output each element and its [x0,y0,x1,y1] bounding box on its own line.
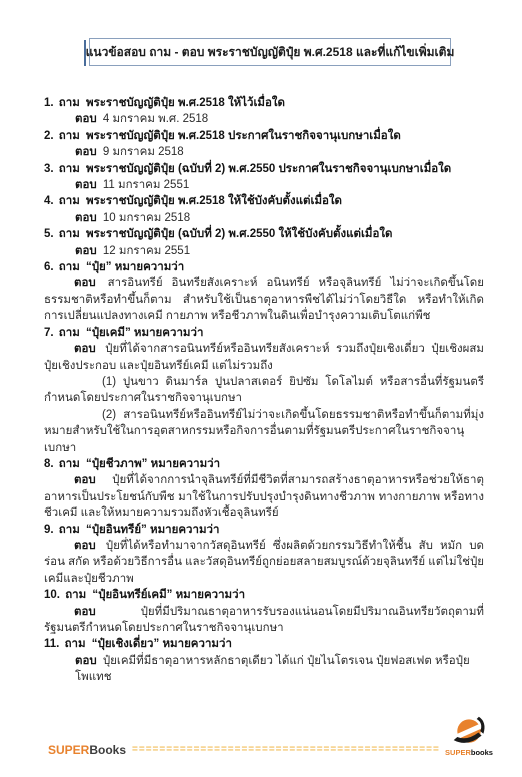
question-number: 5. [44,228,57,240]
answer-label: ตอบ [74,343,102,355]
question-label: ถาม [59,327,83,339]
qa-item: 11. ถาม “ปุ๋ยเชิงเดี่ยว” หมายความว่า ตอบ… [44,636,484,685]
question-text: “ปุ๋ยอินทรีย์” หมายความว่า [86,524,219,536]
question-text: “ปุ๋ยชีวภาพ” หมายความว่า [86,458,220,470]
answer-text: 4 มกราคม พ.ศ. 2518 [103,113,208,125]
qa-item: 10. ถาม “ปุ๋ยอินทรีย์เคมี” หมายความว่า ต… [44,587,484,636]
question-line: 7. ถาม “ปุ๋ยเคมี” หมายความว่า [44,325,484,341]
question-label: ถาม [59,97,83,109]
answer-text: 9 มกราคม 2518 [103,146,184,158]
answer-label: ตอบ [74,540,103,552]
question-label: ถาม [59,261,83,273]
answer-text: 11 มกราคม 2551 [103,179,189,191]
qa-item: 2. ถาม พระราชบัญญัติปุ๋ย พ.ศ.2518 ประกาศ… [44,128,484,161]
qa-item: 1. ถาม พระราชบัญญัติปุ๋ย พ.ศ.2518 ให้ไว้… [44,95,484,128]
title-box: แนวข้อสอบ ถาม - ตอบ พระราชบัญญัติปุ๋ย พ.… [89,38,451,66]
question-number: 3. [44,163,57,175]
question-text: พระราชบัญญัติปุ๋ย พ.ศ.2518 ประกาศในราชกิ… [86,130,401,142]
qa-item: 8. ถาม “ปุ๋ยชีวภาพ” หมายความว่า ตอบ ปุ๋ย… [44,456,484,522]
logo-text-super: SUPER [445,748,471,757]
answer-text: (2) สารอนินทรีย์หรืออินทรีย์ไม่ว่าจะเกิด… [44,409,484,454]
question-line: 4. ถาม พระราชบัญญัติปุ๋ย พ.ศ.2518 ให้ใช้… [44,193,484,209]
answer-label: ตอบ [75,179,100,191]
answer-text: ปุ๋ยเคมีที่มีธาตุอาหารหลักธาตุเดียว ได้แ… [75,655,470,683]
question-line: 11. ถาม “ปุ๋ยเชิงเดี่ยว” หมายความว่า [44,636,484,652]
answer-line: ตอบ 10 มกราคม 2518 [44,210,484,226]
question-line: 1. ถาม พระราชบัญญัติปุ๋ย พ.ศ.2518 ให้ไว้… [44,95,484,111]
question-text: “ปุ๋ย” หมายความว่า [86,261,184,273]
footer-brand: SUPERBooks [48,743,126,757]
answer-label: ตอบ [74,474,109,486]
question-label: ถาม [65,589,89,601]
question-number: 10. [44,589,63,601]
page-title: แนวข้อสอบ ถาม - ตอบ พระราชบัญญัติปุ๋ย พ.… [86,43,455,62]
question-text: “ปุ๋ยเคมี” หมายความว่า [86,327,203,339]
answer-label: ตอบ [75,212,100,224]
qa-item: 6. ถาม “ปุ๋ย” หมายความว่า ตอบ สารอินทรีย… [44,259,484,325]
question-number: 2. [44,130,57,142]
question-line: 2. ถาม พระราชบัญญัติปุ๋ย พ.ศ.2518 ประกาศ… [44,128,484,144]
question-label: ถาม [59,458,83,470]
question-number: 6. [44,261,57,273]
superbooks-logo-text: SUPERbooks [445,748,493,757]
superbooks-logo-icon [449,714,489,750]
answer-subitem: (2) สารอนินทรีย์หรืออินทรีย์ไม่ว่าจะเกิด… [44,407,484,456]
question-line: 6. ถาม “ปุ๋ย” หมายความว่า [44,259,484,275]
logo-text-books: books [471,748,493,757]
answer-paragraph: ตอบ ปุ๋ยที่ได้จากการนำจุลินทรีย์ที่มีชีว… [44,472,484,521]
question-label: ถาม [59,195,83,207]
answer-text: 10 มกราคม 2518 [103,212,190,224]
question-label: ถาม [59,524,83,536]
question-number: 8. [44,458,57,470]
answer-label: ตอบ [74,606,138,618]
answer-paragraph: ตอบ ปุ๋ยที่มีปริมาณธาตุอาหารรับรองแน่นอน… [44,604,484,637]
qa-item: 7. ถาม “ปุ๋ยเคมี” หมายความว่า ตอบ ปุ๋ยที… [44,325,484,456]
question-label: ถาม [59,130,83,142]
qa-item: 5. ถาม พระราชบัญญัติปุ๋ย (ฉบับที่ 2) พ.ศ… [44,226,484,259]
answer-label: ตอบ [74,277,105,289]
answer-label: ตอบ [75,655,100,667]
question-text: “ปุ๋ยเชิงเดี่ยว” หมายความว่า [92,638,232,650]
footer-brand-books: Books [89,743,126,757]
question-line: 8. ถาม “ปุ๋ยชีวภาพ” หมายความว่า [44,456,484,472]
question-text: “ปุ๋ยอินทรีย์เคมี” หมายความว่า [92,589,245,601]
answer-text: (1) ปูนขาว ดินมาร์ล ปูนปลาสเตอร์ ยิปซัม … [44,376,484,404]
answer-label: ตอบ [75,113,100,125]
question-number: 1. [44,97,57,109]
qa-item: 4. ถาม พระราชบัญญัติปุ๋ย พ.ศ.2518 ให้ใช้… [44,193,484,226]
answer-line: ตอบ 11 มกราคม 2551 [44,177,484,193]
footer: SUPERBooks =============================… [48,714,494,757]
answer-text: ปุ๋ยที่ได้หรือทำมาจากวัสดุอินทรีย์ ซึ่งผ… [44,540,484,585]
answer-subitem: (1) ปูนขาว ดินมาร์ล ปูนปลาสเตอร์ ยิปซัม … [44,374,484,407]
answer-text: ปุ๋ยที่ได้จากสารอนินทรีย์หรืออินทรียสังเ… [44,343,484,371]
question-number: 7. [44,327,57,339]
question-label: ถาม [59,163,83,175]
question-text: พระราชบัญญัติปุ๋ย พ.ศ.2518 ให้ไว้เมื่อใด [86,97,285,109]
answer-line: ตอบ 9 มกราคม 2518 [44,144,484,160]
footer-brand-super: SUPER [48,743,89,757]
answer-text: 12 มกราคม 2551 [103,245,190,257]
question-text: พระราชบัญญัติปุ๋ย (ฉบับที่ 2) พ.ศ.2550 ป… [86,163,451,175]
question-line: 9. ถาม “ปุ๋ยอินทรีย์” หมายความว่า [44,522,484,538]
answer-paragraph: ตอบ ปุ๋ยที่ได้จากสารอนินทรีย์หรืออินทรีย… [44,341,484,374]
question-line: 10. ถาม “ปุ๋ยอินทรีย์เคมี” หมายความว่า [44,587,484,603]
question-number: 9. [44,524,57,536]
question-text: พระราชบัญญัติปุ๋ย (ฉบับที่ 2) พ.ศ.2550 ใ… [86,228,392,240]
qa-item: 3. ถาม พระราชบัญญัติปุ๋ย (ฉบับที่ 2) พ.ศ… [44,161,484,194]
question-number: 11. [44,638,63,650]
qa-item: 9. ถาม “ปุ๋ยอินทรีย์” หมายความว่า ตอบ ปุ… [44,522,484,588]
answer-text: ปุ๋ยที่ได้จากการนำจุลินทรีย์ที่มีชีวิตที… [44,474,484,519]
footer-divider: ========================================… [132,744,439,755]
answer-line: ตอบ 4 มกราคม พ.ศ. 2518 [44,111,484,127]
qa-list: 1. ถาม พระราชบัญญัติปุ๋ย พ.ศ.2518 ให้ไว้… [44,95,484,686]
answer-label: ตอบ [75,245,100,257]
question-number: 4. [44,195,57,207]
question-line: 3. ถาม พระราชบัญญัติปุ๋ย (ฉบับที่ 2) พ.ศ… [44,161,484,177]
answer-line: ตอบ ปุ๋ยเคมีที่มีธาตุอาหารหลักธาตุเดียว … [44,653,484,686]
answer-line: ตอบ 12 มกราคม 2551 [44,243,484,259]
question-line: 5. ถาม พระราชบัญญัติปุ๋ย (ฉบับที่ 2) พ.ศ… [44,226,484,242]
answer-text: สารอินทรีย์ อินทรียสังเคราะห์ อนินทรีย์ … [44,277,484,322]
question-label: ถาม [59,228,83,240]
question-text: พระราชบัญญัติปุ๋ย พ.ศ.2518 ให้ใช้บังคับต… [86,195,342,207]
superbooks-logo: SUPERbooks [444,714,494,757]
answer-paragraph: ตอบ สารอินทรีย์ อินทรียสังเคราะห์ อนินทร… [44,275,484,324]
answer-paragraph: ตอบ ปุ๋ยที่ได้หรือทำมาจากวัสดุอินทรีย์ ซ… [44,538,484,587]
answer-label: ตอบ [75,146,100,158]
question-label: ถาม [65,638,89,650]
